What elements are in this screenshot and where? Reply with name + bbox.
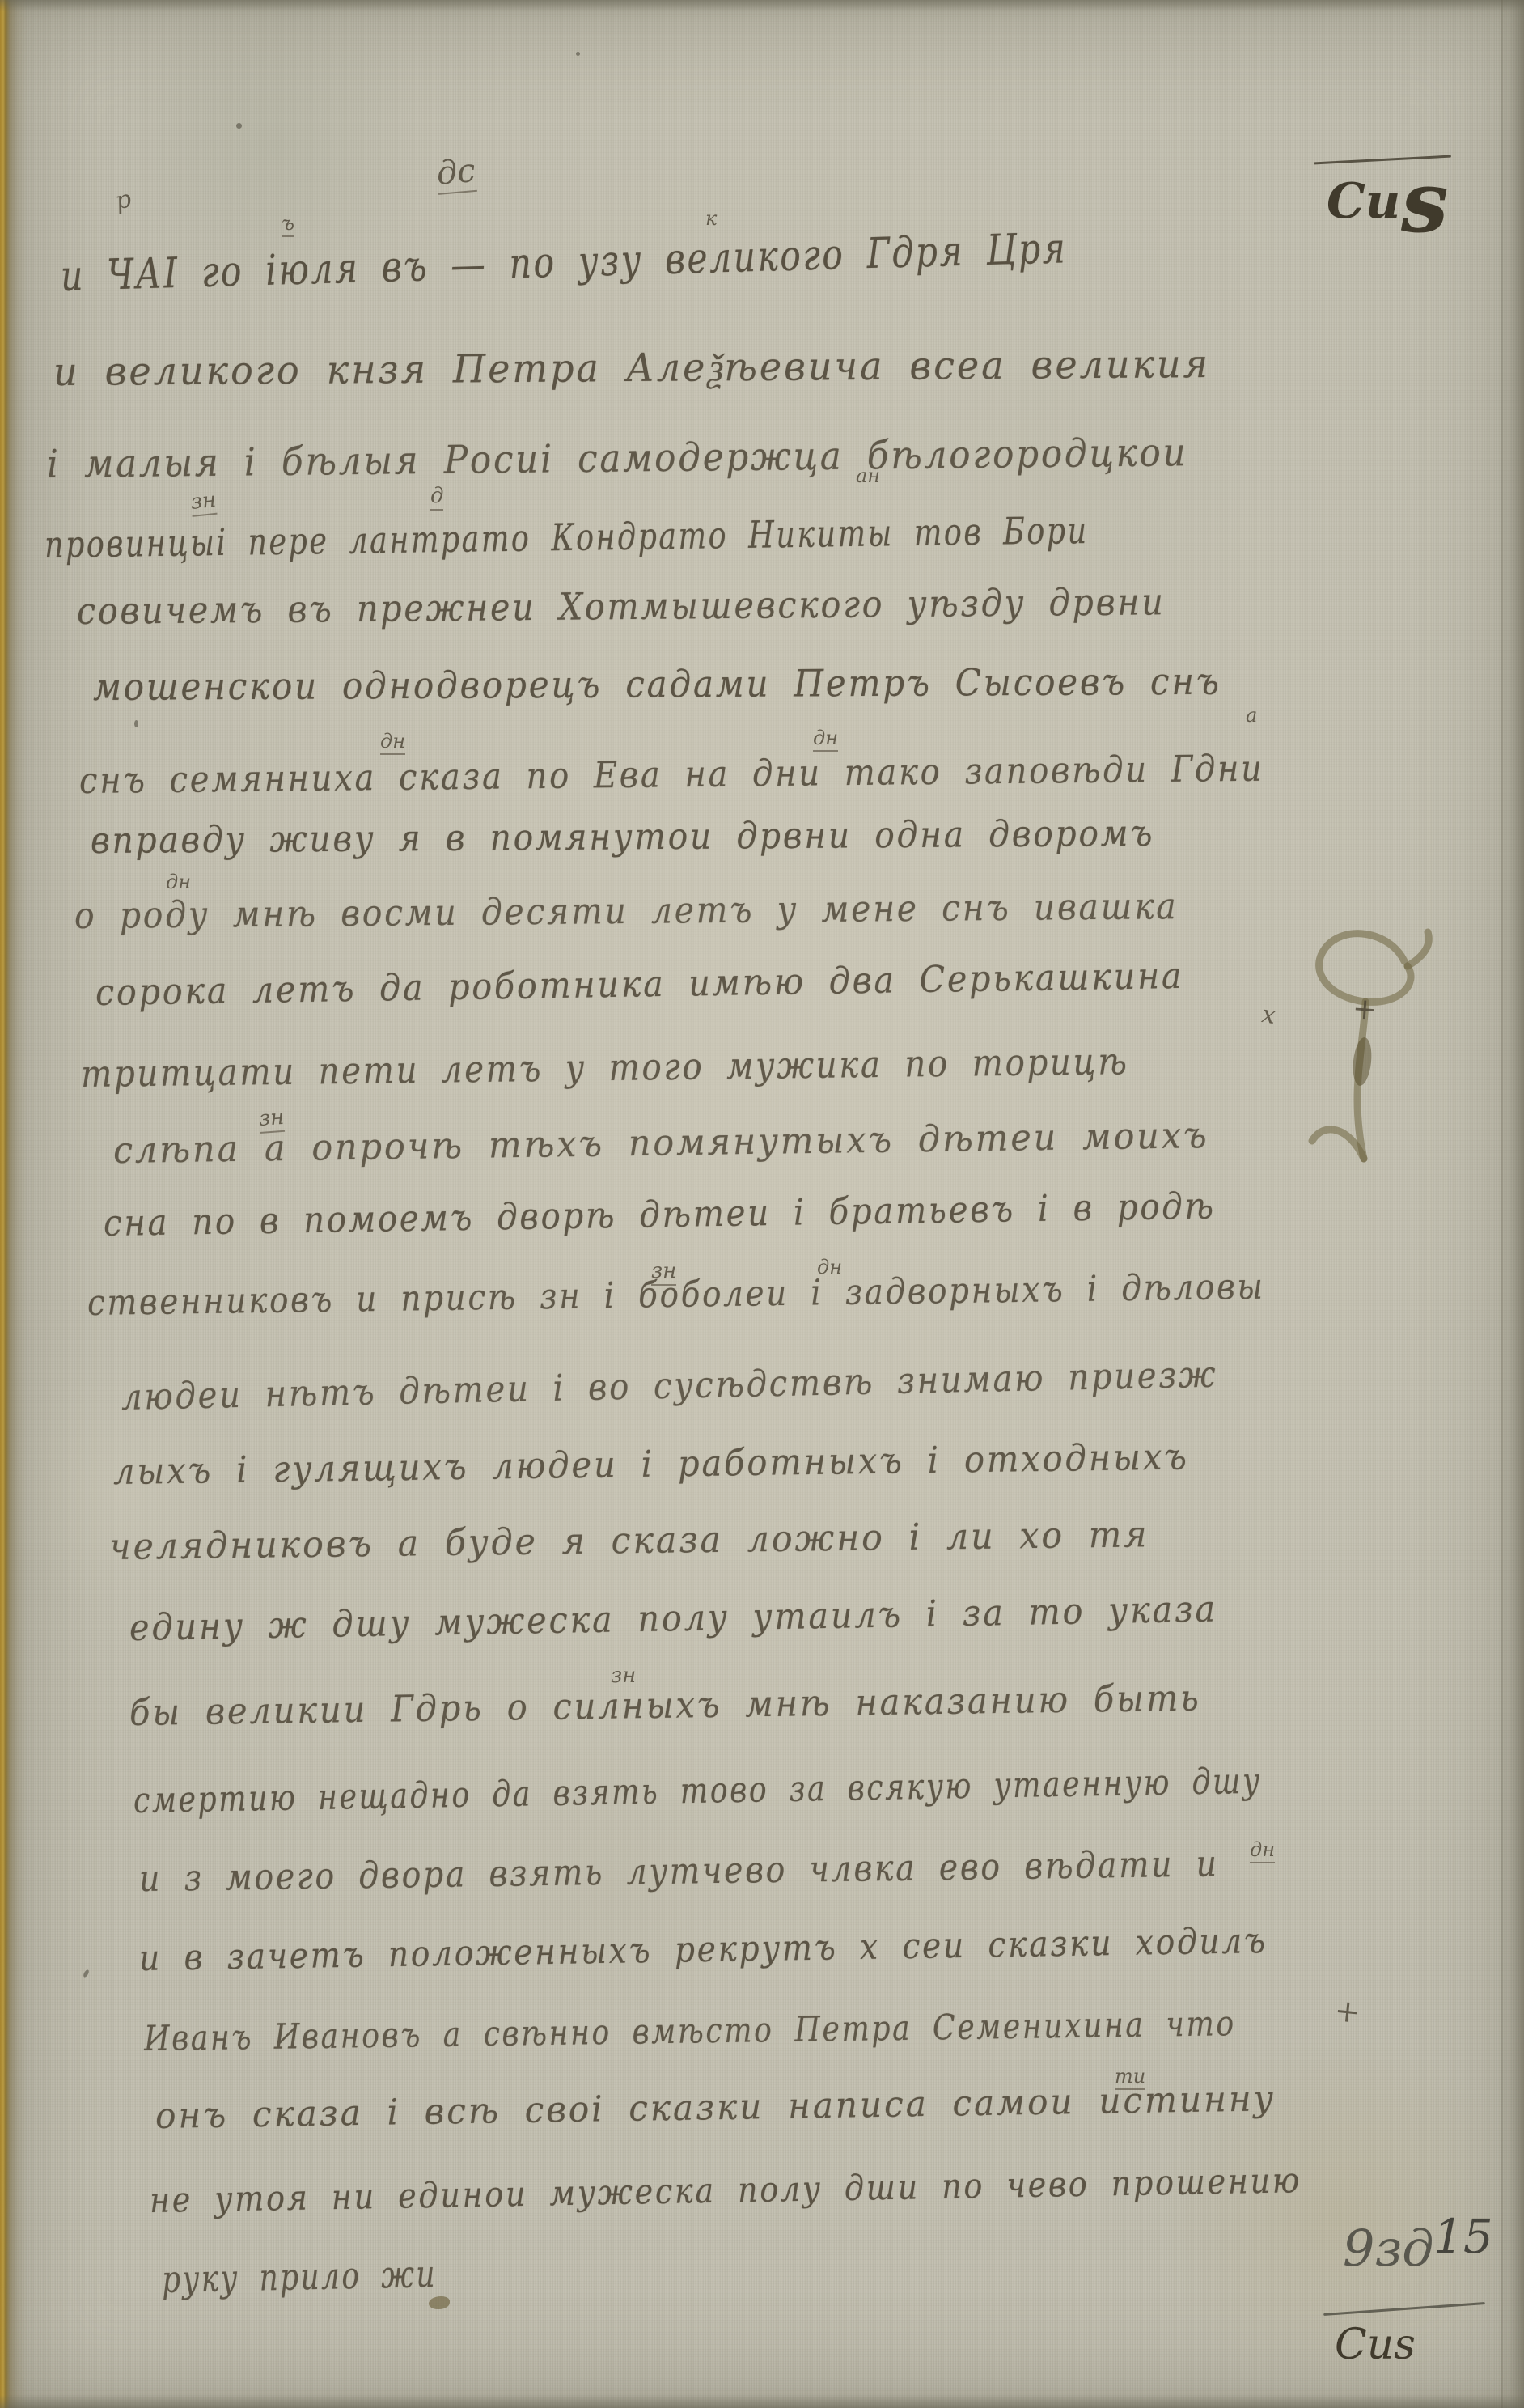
superscript-abbreviation-mark: + — [1333, 1992, 1362, 2030]
superscript-abbreviation-mark: зн — [258, 1105, 286, 1134]
manuscript-line: вправду живу я в помянутои дрвни одна дв… — [91, 812, 1155, 862]
manuscript-line: Иванъ Ивановъ а свѣнно вмѣсто Петра Семе… — [144, 2003, 1236, 2059]
superscript-abbreviation-mark: к — [705, 207, 717, 230]
margin-flourish-icon — [1268, 922, 1454, 1185]
manuscript-line: провинцыі пере лантрато Кондрато Никиты … — [44, 508, 1089, 566]
page-edge-top — [0, 0, 1524, 11]
manuscript-line: снъ семянниха сказа по Ева на дни тако з… — [79, 747, 1264, 802]
manuscript-line: и великого кнзя Петра Алеѯѣевича всеа ве… — [53, 341, 1210, 395]
manuscript-line: едину ж дшу мужеска полу утаилъ і за то … — [129, 1588, 1218, 1649]
manuscript-line: и ЧАІ го іюля въ — по узу великого Гдря … — [60, 224, 1068, 301]
superscript-abbreviation-mark: зн — [611, 1664, 636, 1688]
manuscript-line: онъ сказа і всѣ своі сказки написа самои… — [155, 2078, 1276, 2137]
manuscript-line: не утоя ни единои мужеска полу дши по че… — [150, 2160, 1302, 2221]
superscript-abbreviation-mark: дс — [435, 152, 477, 195]
page-crease — [1501, 0, 1503, 2408]
manuscript-line: тритцати пети летъ у того мужика по тори… — [81, 1039, 1129, 1096]
pencil-foliation-new: 15 — [1433, 2209, 1493, 2264]
manuscript-line: сна по в помоемъ дворѣ дѣтеи і братьевъ … — [104, 1184, 1216, 1244]
ink-speck — [134, 720, 138, 727]
superscript-abbreviation-mark: д — [430, 484, 443, 511]
manuscript-line: і малыя і бѣлыя Росиі самодержца бѣлогор… — [47, 430, 1188, 487]
manuscript-line: и в зачетъ положенныхъ рекрутъ х сеи ска… — [139, 1920, 1268, 1979]
superscript-abbreviation-mark: зн — [189, 488, 218, 517]
superscript-abbreviation-mark: зн — [651, 1259, 676, 1286]
manuscript-line: руку прило жи — [161, 2252, 437, 2301]
manuscript-line: и з моего двора взять лутчево члвка ево … — [139, 1842, 1219, 1900]
manuscript-line: лыхъ і гулящихъ людеи і работныхъ і отхо… — [113, 1435, 1189, 1493]
superscript-abbreviation-mark: ан — [856, 464, 880, 487]
manuscript-line: сорока летъ да роботника имѣю два Серька… — [95, 954, 1184, 1014]
manuscript-line: бы великии Гдрь о силныхъ мнѣ наказанию … — [129, 1677, 1201, 1734]
manuscript-line: о роду мнѣ восми десяти летъ у мене снъ … — [74, 884, 1179, 937]
manuscript-line: людеи нѣтъ дѣтеи і во сусѣдствѣ знимаю п… — [121, 1353, 1217, 1418]
superscript-abbreviation-mark: дн — [380, 730, 405, 755]
folio-number-prefix: Си — [1327, 173, 1400, 230]
manuscript-page: Си ѕ 9зд 15 Сиѕ и ЧАІ го іюля въ — по уз… — [0, 0, 1524, 2408]
ink-speck — [83, 1969, 90, 1978]
superscript-abbreviation-mark: дн — [166, 871, 191, 893]
manuscript-line: челядниковъ а буде я сказа ложно і ли хо… — [109, 1512, 1149, 1568]
folio-number-bottom: Сиѕ — [1335, 2321, 1416, 2369]
ink-speck — [576, 52, 580, 56]
ink-blot — [429, 2296, 450, 2309]
page-edge-right — [1500, 0, 1524, 2408]
folio-number-numeral: ѕ — [1401, 152, 1449, 252]
manuscript-line: совичемъ въ прежнеи Хотмышевского уѣзду … — [77, 579, 1166, 633]
ink-speck — [236, 123, 242, 129]
pencil-foliation-old: 9зд — [1343, 2219, 1434, 2278]
superscript-abbreviation-mark: + — [1352, 992, 1378, 1027]
superscript-abbreviation-mark: дн — [817, 1256, 842, 1278]
superscript-abbreviation-mark: а — [1246, 704, 1257, 727]
superscript-abbreviation-mark: р — [112, 184, 133, 215]
manuscript-line: смертию нещадно да взять тово за всякую … — [133, 1761, 1262, 1821]
foliation-strike-line — [1323, 2302, 1485, 2316]
page-edge-bottom — [0, 2395, 1524, 2408]
superscript-abbreviation-mark: дн — [1250, 1838, 1275, 1863]
superscript-abbreviation-mark: дн — [813, 727, 838, 752]
binding-edge — [0, 0, 28, 2408]
superscript-abbreviation-mark: ъ — [282, 212, 294, 237]
manuscript-line: мошенскои однодворецъ садами Петръ Сысое… — [93, 659, 1221, 709]
superscript-abbreviation-mark: ти — [1115, 2065, 1145, 2090]
